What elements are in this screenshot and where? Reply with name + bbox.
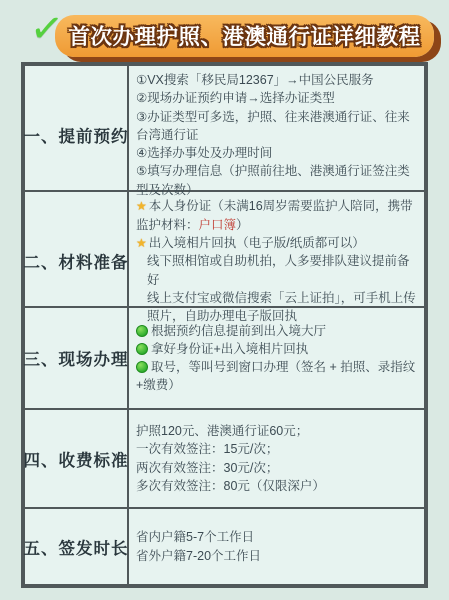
green-circle-icon [136,361,148,373]
table-row: 一、提前预约①VX搜索「移民局12367」→中国公民服务②现场办证预约申请→选择… [25,66,424,192]
content-line: ★本人身份证（未满16周岁需要监护人陪同，携带监护材料：户口簿） [136,197,418,234]
content-line: 拿好身份证+出入境相片回执 [136,340,418,358]
checkmark-icon: ✓ [28,9,65,48]
text-segment: 根据预约信息提前到出入境大厅 [151,324,326,338]
text-segment: 取号，等叫号到窗口办理（签名 + 拍照、录指纹+缴费） [136,360,415,392]
text-segment: 省外户籍7-20个工作日 [136,549,261,563]
content-line: ①VX搜索「移民局12367」→中国公民服务 [136,71,418,89]
row-content: 省内户籍5-7个工作日省外户籍7-20个工作日 [129,509,424,584]
row-label: 三、现场办理 [25,308,129,408]
page-title: ✓ 首次办理护照、港澳通行证详细教程 [30,15,434,57]
row-content: ①VX搜索「移民局12367」→中国公民服务②现场办证预约申请→选择办证类型③办… [129,66,424,204]
content-line: 多次有效签注：80元（仅限深户） [136,477,418,495]
content-line: ④选择办事处及办理时间 [136,144,418,162]
text-segment: 护照120元、港澳通行证60元； [136,424,308,438]
text-segment: 本人身份证（未满16周岁需要监护人陪同，携带监护材料： [136,199,413,232]
green-circle-icon [136,325,148,337]
content-line: ★出入境相片回执（电子版/纸质都可以） [136,234,418,253]
row-label: 一、提前预约 [25,66,129,204]
star-icon: ★ [136,236,147,250]
title-text: 首次办理护照、港澳通行证详细教程 [69,25,421,49]
text-segment: 两次有效签注：30元/次； [136,461,278,475]
tutorial-table: 一、提前预约①VX搜索「移民局12367」→中国公民服务②现场办证预约申请→选择… [21,62,428,588]
row-content: 根据预约信息提前到出入境大厅拿好身份证+出入境相片回执取号，等叫号到窗口办理（签… [129,308,424,408]
row-content: 护照120元、港澳通行证60元；一次有效签注：15元/次；两次有效签注：30元/… [129,410,424,507]
content-line: 省内户籍5-7个工作日 [136,528,418,546]
text-segment: 出入境相片回执（电子版/纸质都可以） [149,236,365,250]
content-line: 省外户籍7-20个工作日 [136,547,418,565]
table-row: 二、材料准备★本人身份证（未满16周岁需要监护人陪同，携带监护材料：户口簿）★出… [25,192,424,308]
text-segment: ④选择办事处及办理时间 [136,146,272,160]
text-segment: 一次有效签注：15元/次； [136,442,278,456]
content-line: 护照120元、港澳通行证60元； [136,422,418,440]
content-line: 一次有效签注：15元/次； [136,440,418,458]
text-segment: ③办证类型可多选，护照、往来港澳通行证、往来台湾通行证 [136,110,410,142]
text-segment: 多次有效签注：80元（仅限深户） [136,479,325,493]
row-label: 五、签发时长 [25,509,129,584]
content-line: ③办证类型可多选，护照、往来港澳通行证、往来台湾通行证 [136,108,418,145]
content-line: ②现场办证预约申请→选择办证类型 [136,89,418,107]
table-row: 四、收费标准护照120元、港澳通行证60元；一次有效签注：15元/次；两次有效签… [25,410,424,509]
text-segment: 线下照相馆或自助机拍，人多要排队建议提前备好 [147,254,410,286]
content-line: 两次有效签注：30元/次； [136,459,418,477]
text-segment: ） [236,218,249,232]
text-segment: ①VX搜索「移民局12367」→中国公民服务 [136,73,374,87]
content-line: 取号，等叫号到窗口办理（签名 + 拍照、录指纹+缴费） [136,358,418,395]
table-row: 三、现场办理根据预约信息提前到出入境大厅拿好身份证+出入境相片回执取号，等叫号到… [25,308,424,410]
table-row: 五、签发时长省内户籍5-7个工作日省外户籍7-20个工作日 [25,509,424,584]
title-pill: 首次办理护照、港澳通行证详细教程 [55,15,434,57]
text-segment: 户口簿 [199,218,237,232]
green-circle-icon [136,343,148,355]
row-label: 四、收费标准 [25,410,129,507]
content-line: 线下照相馆或自助机拍，人多要排队建议提前备好 [136,252,418,289]
content-line: 根据预约信息提前到出入境大厅 [136,322,418,340]
text-segment: ②现场办证预约申请→选择办证类型 [136,91,335,105]
text-segment: 拿好身份证+出入境相片回执 [151,342,308,356]
text-segment: 省内户籍5-7个工作日 [136,530,254,544]
star-icon: ★ [136,199,147,213]
